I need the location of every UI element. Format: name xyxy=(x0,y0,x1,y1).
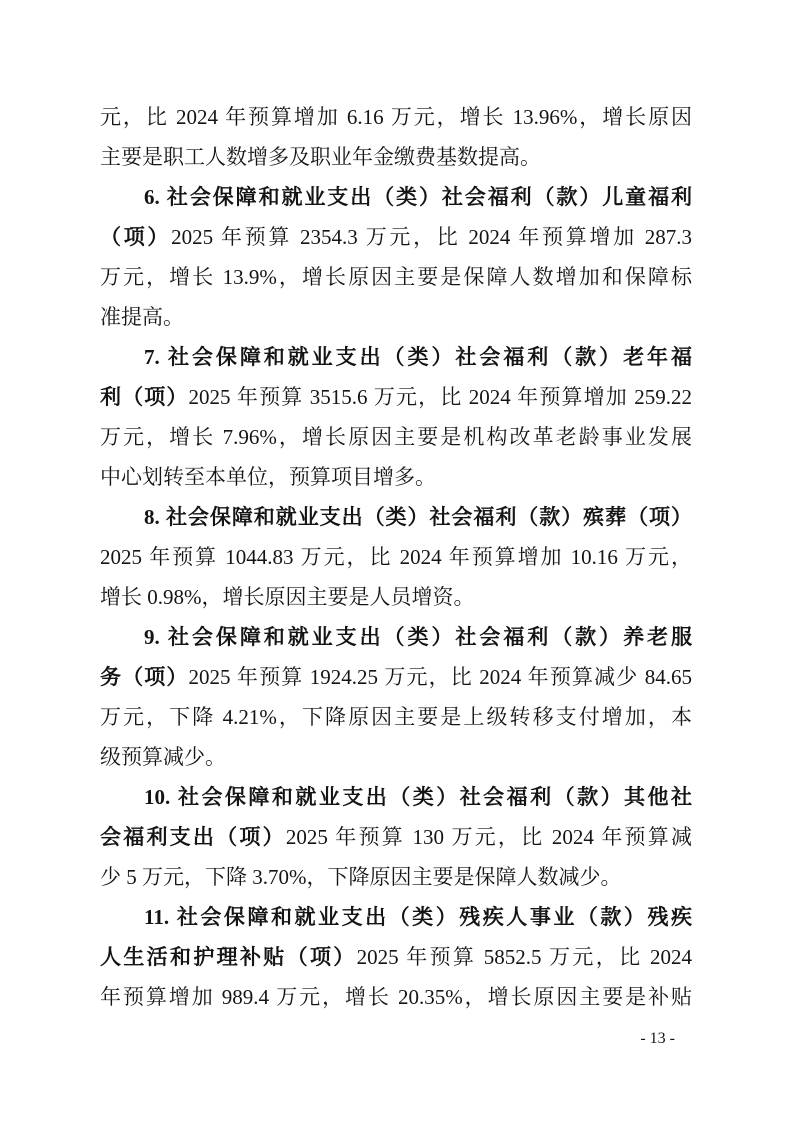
text-line: （项）2025 年预算 2354.3 万元，比 2024 年预算增加 287.3 xyxy=(100,217,692,257)
text-line: 中心划转至本单位，预算项目增多。 xyxy=(100,457,692,497)
body-segment: 中心划转至本单位，预算项目增多。 xyxy=(100,465,436,489)
text-line: 级预算减少。 xyxy=(100,737,692,777)
body-segment: 2025 年预算 1924.25 万元，比 2024 年预算减少 84.65 xyxy=(189,665,692,689)
text-line: 2025 年预算 1044.83 万元，比 2024 年预算增加 10.16 万… xyxy=(100,537,692,577)
document-page: 元，比 2024 年预算增加 6.16 万元，增长 13.96%，增长原因主要是… xyxy=(0,0,793,1122)
body-segment: 万元，增长 7.96%，增长原因主要是机构改革老龄事业发展 xyxy=(100,425,692,449)
heading-segment: 会福利支出（项） xyxy=(100,825,286,849)
text-line: 少 5 万元，下降 3.70%，下降原因主要是保障人数减少。 xyxy=(100,857,692,897)
heading-segment: 人生活和护理补贴（项） xyxy=(100,945,357,969)
text-line: 11. 社会保障和就业支出（类）残疾人事业（款）残疾 xyxy=(100,897,692,937)
text-line: 人生活和护理补贴（项）2025 年预算 5852.5 万元，比 2024 xyxy=(100,937,692,977)
text-line: 7. 社会保障和就业支出（类）社会福利（款）老年福 xyxy=(100,337,692,377)
heading-segment: 10. 社会保障和就业支出（类）社会福利（款）其他社 xyxy=(144,785,692,809)
body-segment: 万元，增长 13.9%，增长原因主要是保障人数增加和保障标 xyxy=(100,265,692,289)
body-segment: 2025 年预算 2354.3 万元，比 2024 年预算增加 287.3 xyxy=(171,225,692,249)
text-line: 元，比 2024 年预算增加 6.16 万元，增长 13.96%，增长原因 xyxy=(100,97,692,137)
heading-segment: （项） xyxy=(100,225,171,249)
text-line: 准提高。 xyxy=(100,297,692,337)
text-line: 年预算增加 989.4 万元，增长 20.35%，增长原因主要是补贴 xyxy=(100,977,692,1017)
text-line: 万元，增长 7.96%，增长原因主要是机构改革老龄事业发展 xyxy=(100,417,692,457)
body-segment: 元，比 2024 年预算增加 6.16 万元，增长 13.96%，增长原因 xyxy=(100,105,692,129)
body-segment: 2025 年预算 130 万元，比 2024 年预算减 xyxy=(286,825,692,849)
body-segment: 准提高。 xyxy=(100,305,184,329)
text-line: 增长 0.98%，增长原因主要是人员增资。 xyxy=(100,577,692,617)
heading-segment: 9. 社会保障和就业支出（类）社会福利（款）养老服 xyxy=(144,625,692,649)
heading-segment: 8. 社会保障和就业支出（类）社会福利（款）殡葬（项） xyxy=(144,505,692,529)
heading-segment: 利（项） xyxy=(100,385,189,409)
body-segment: 年预算增加 989.4 万元，增长 20.35%，增长原因主要是补贴 xyxy=(100,985,692,1009)
text-line: 务（项）2025 年预算 1924.25 万元，比 2024 年预算减少 84.… xyxy=(100,657,692,697)
heading-segment: 7. 社会保障和就业支出（类）社会福利（款）老年福 xyxy=(144,345,692,369)
heading-segment: 11. 社会保障和就业支出（类）残疾人事业（款）残疾 xyxy=(144,905,692,929)
document-body: 元，比 2024 年预算增加 6.16 万元，增长 13.96%，增长原因主要是… xyxy=(100,97,692,1017)
text-line: 万元，下降 4.21%，下降原因主要是上级转移支付增加，本 xyxy=(100,697,692,737)
body-segment: 级预算减少。 xyxy=(100,745,226,769)
body-segment: 2025 年预算 3515.6 万元，比 2024 年预算增加 259.22 xyxy=(189,385,692,409)
text-line: 万元，增长 13.9%，增长原因主要是保障人数增加和保障标 xyxy=(100,257,692,297)
page-number: - 13 - xyxy=(100,1030,675,1048)
body-segment: 少 5 万元，下降 3.70%，下降原因主要是保障人数减少。 xyxy=(100,865,622,889)
text-line: 10. 社会保障和就业支出（类）社会福利（款）其他社 xyxy=(100,777,692,817)
text-line: 会福利支出（项）2025 年预算 130 万元，比 2024 年预算减 xyxy=(100,817,692,857)
heading-segment: 务（项） xyxy=(100,665,189,689)
text-line: 9. 社会保障和就业支出（类）社会福利（款）养老服 xyxy=(100,617,692,657)
text-line: 8. 社会保障和就业支出（类）社会福利（款）殡葬（项） xyxy=(100,497,692,537)
body-segment: 2025 年预算 1044.83 万元，比 2024 年预算增加 10.16 万… xyxy=(100,545,692,569)
body-segment: 2025 年预算 5852.5 万元，比 2024 xyxy=(357,945,692,969)
text-line: 利（项）2025 年预算 3515.6 万元，比 2024 年预算增加 259.… xyxy=(100,377,692,417)
heading-segment: 6. 社会保障和就业支出（类）社会福利（款）儿童福利 xyxy=(144,185,692,209)
text-line: 6. 社会保障和就业支出（类）社会福利（款）儿童福利 xyxy=(100,177,692,217)
body-segment: 主要是职工人数增多及职业年金缴费基数提高。 xyxy=(100,145,541,169)
body-segment: 增长 0.98%，增长原因主要是人员增资。 xyxy=(100,585,475,609)
text-line: 主要是职工人数增多及职业年金缴费基数提高。 xyxy=(100,137,692,177)
body-segment: 万元，下降 4.21%，下降原因主要是上级转移支付增加，本 xyxy=(100,705,692,729)
